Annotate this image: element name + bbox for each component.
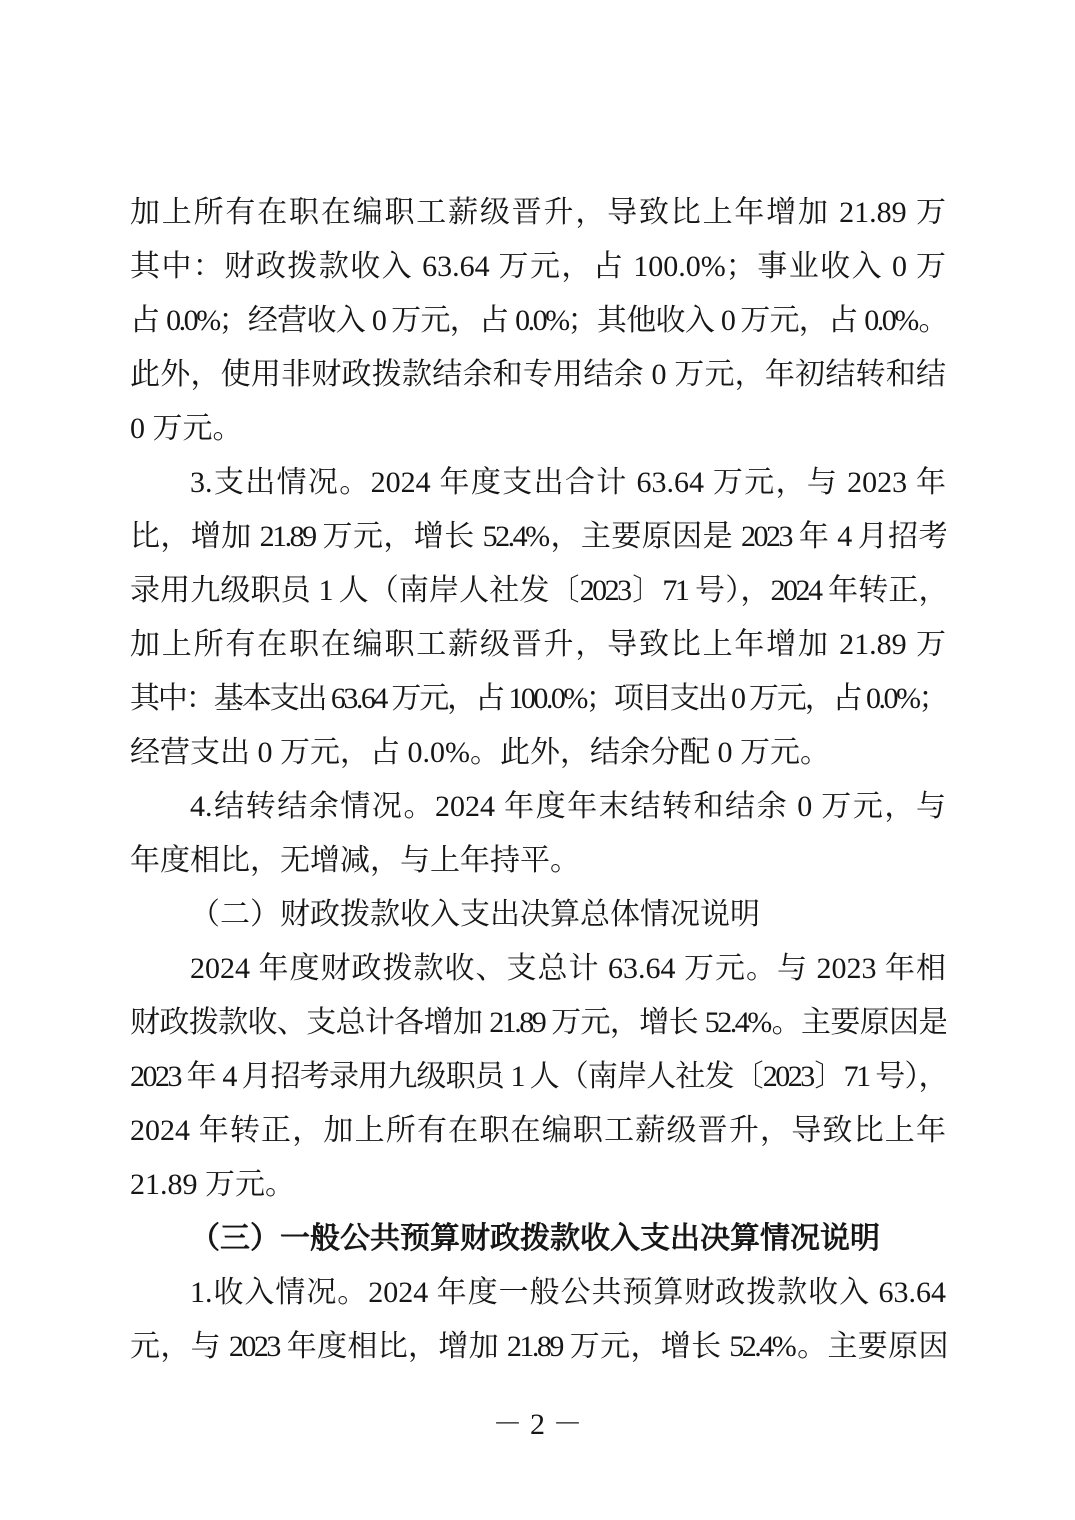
text-line: 年度相比，无增减，与上年持平。 [130,834,946,888]
text-line: 4.结转结余情况。2024 年度年末结转和结余 0 万元，与 2023 [130,780,946,834]
text-line: 元，与 2023 年度相比，增加 21.89 万元，增长 52.4%。主要原因 [130,1320,946,1374]
text-line: 比，增加 21.89 万元，增长 52.4%，主要原因是 2023 年 4 月招… [130,510,946,564]
text-line: 占 0.0%；经营收入 0 万元，占 0.0%；其他收入 0 万元，占 0.0%… [130,294,946,348]
text-line: 2024 年转正，加上所有在职在编职工薪级晋升，导致比上年增加 [130,1104,946,1158]
text-line: 3.支出情况。2024 年度支出合计 63.64 万元，与 2023 年度相 [130,456,946,510]
text-line: 财政拨款收、支总计各增加 21.89 万元，增长 52.4%。主要原因是 [130,996,946,1050]
text-line: 录用九级职员 1 人（南岸人社发〔2023〕71 号），2024 年转正， [130,564,946,618]
text-line: 2023 年 4 月招考录用九级职员 1 人（南岸人社发〔2023〕71 号）， [130,1050,946,1104]
text-line: 加上所有在职在编职工薪级晋升，导致比上年增加 21.89 万元。 [130,186,946,240]
document-body: 加上所有在职在编职工薪级晋升，导致比上年增加 21.89 万元。其中：财政拨款收… [130,186,946,1374]
text-line: 0 万元。 [130,402,946,456]
text-line: 此外，使用非财政拨款结余和专用结余 0 万元，年初结转和结余 [130,348,946,402]
section-heading: （三）一般公共预算财政拨款收入支出决算情况说明 [130,1212,946,1266]
document-page: 加上所有在职在编职工薪级晋升，导致比上年增加 21.89 万元。其中：财政拨款收… [0,0,1075,1520]
text-line: 加上所有在职在编职工薪级晋升，导致比上年增加 21.89 万元。 [130,618,946,672]
text-line: 2024 年度财政拨款收、支总计 63.64 万元。与 2023 年相比， [130,942,946,996]
text-line: 其中：财政拨款收入 63.64 万元，占 100.0%；事业收入 0 万元， [130,240,946,294]
text-line: 经营支出 0 万元，占 0.0%。此外，结余分配 0 万元。 [130,726,946,780]
text-line: 1.收入情况。2024 年度一般公共预算财政拨款收入 63.64 万 [130,1266,946,1320]
page-number: － 2 － [0,1398,1075,1452]
text-line: 21.89 万元。 [130,1158,946,1212]
section-heading: （二）财政拨款收入支出决算总体情况说明 [130,888,946,942]
text-line: 其中：基本支出 63.64 万元，占 100.0%；项目支出 0 万元，占 0.… [130,672,946,726]
